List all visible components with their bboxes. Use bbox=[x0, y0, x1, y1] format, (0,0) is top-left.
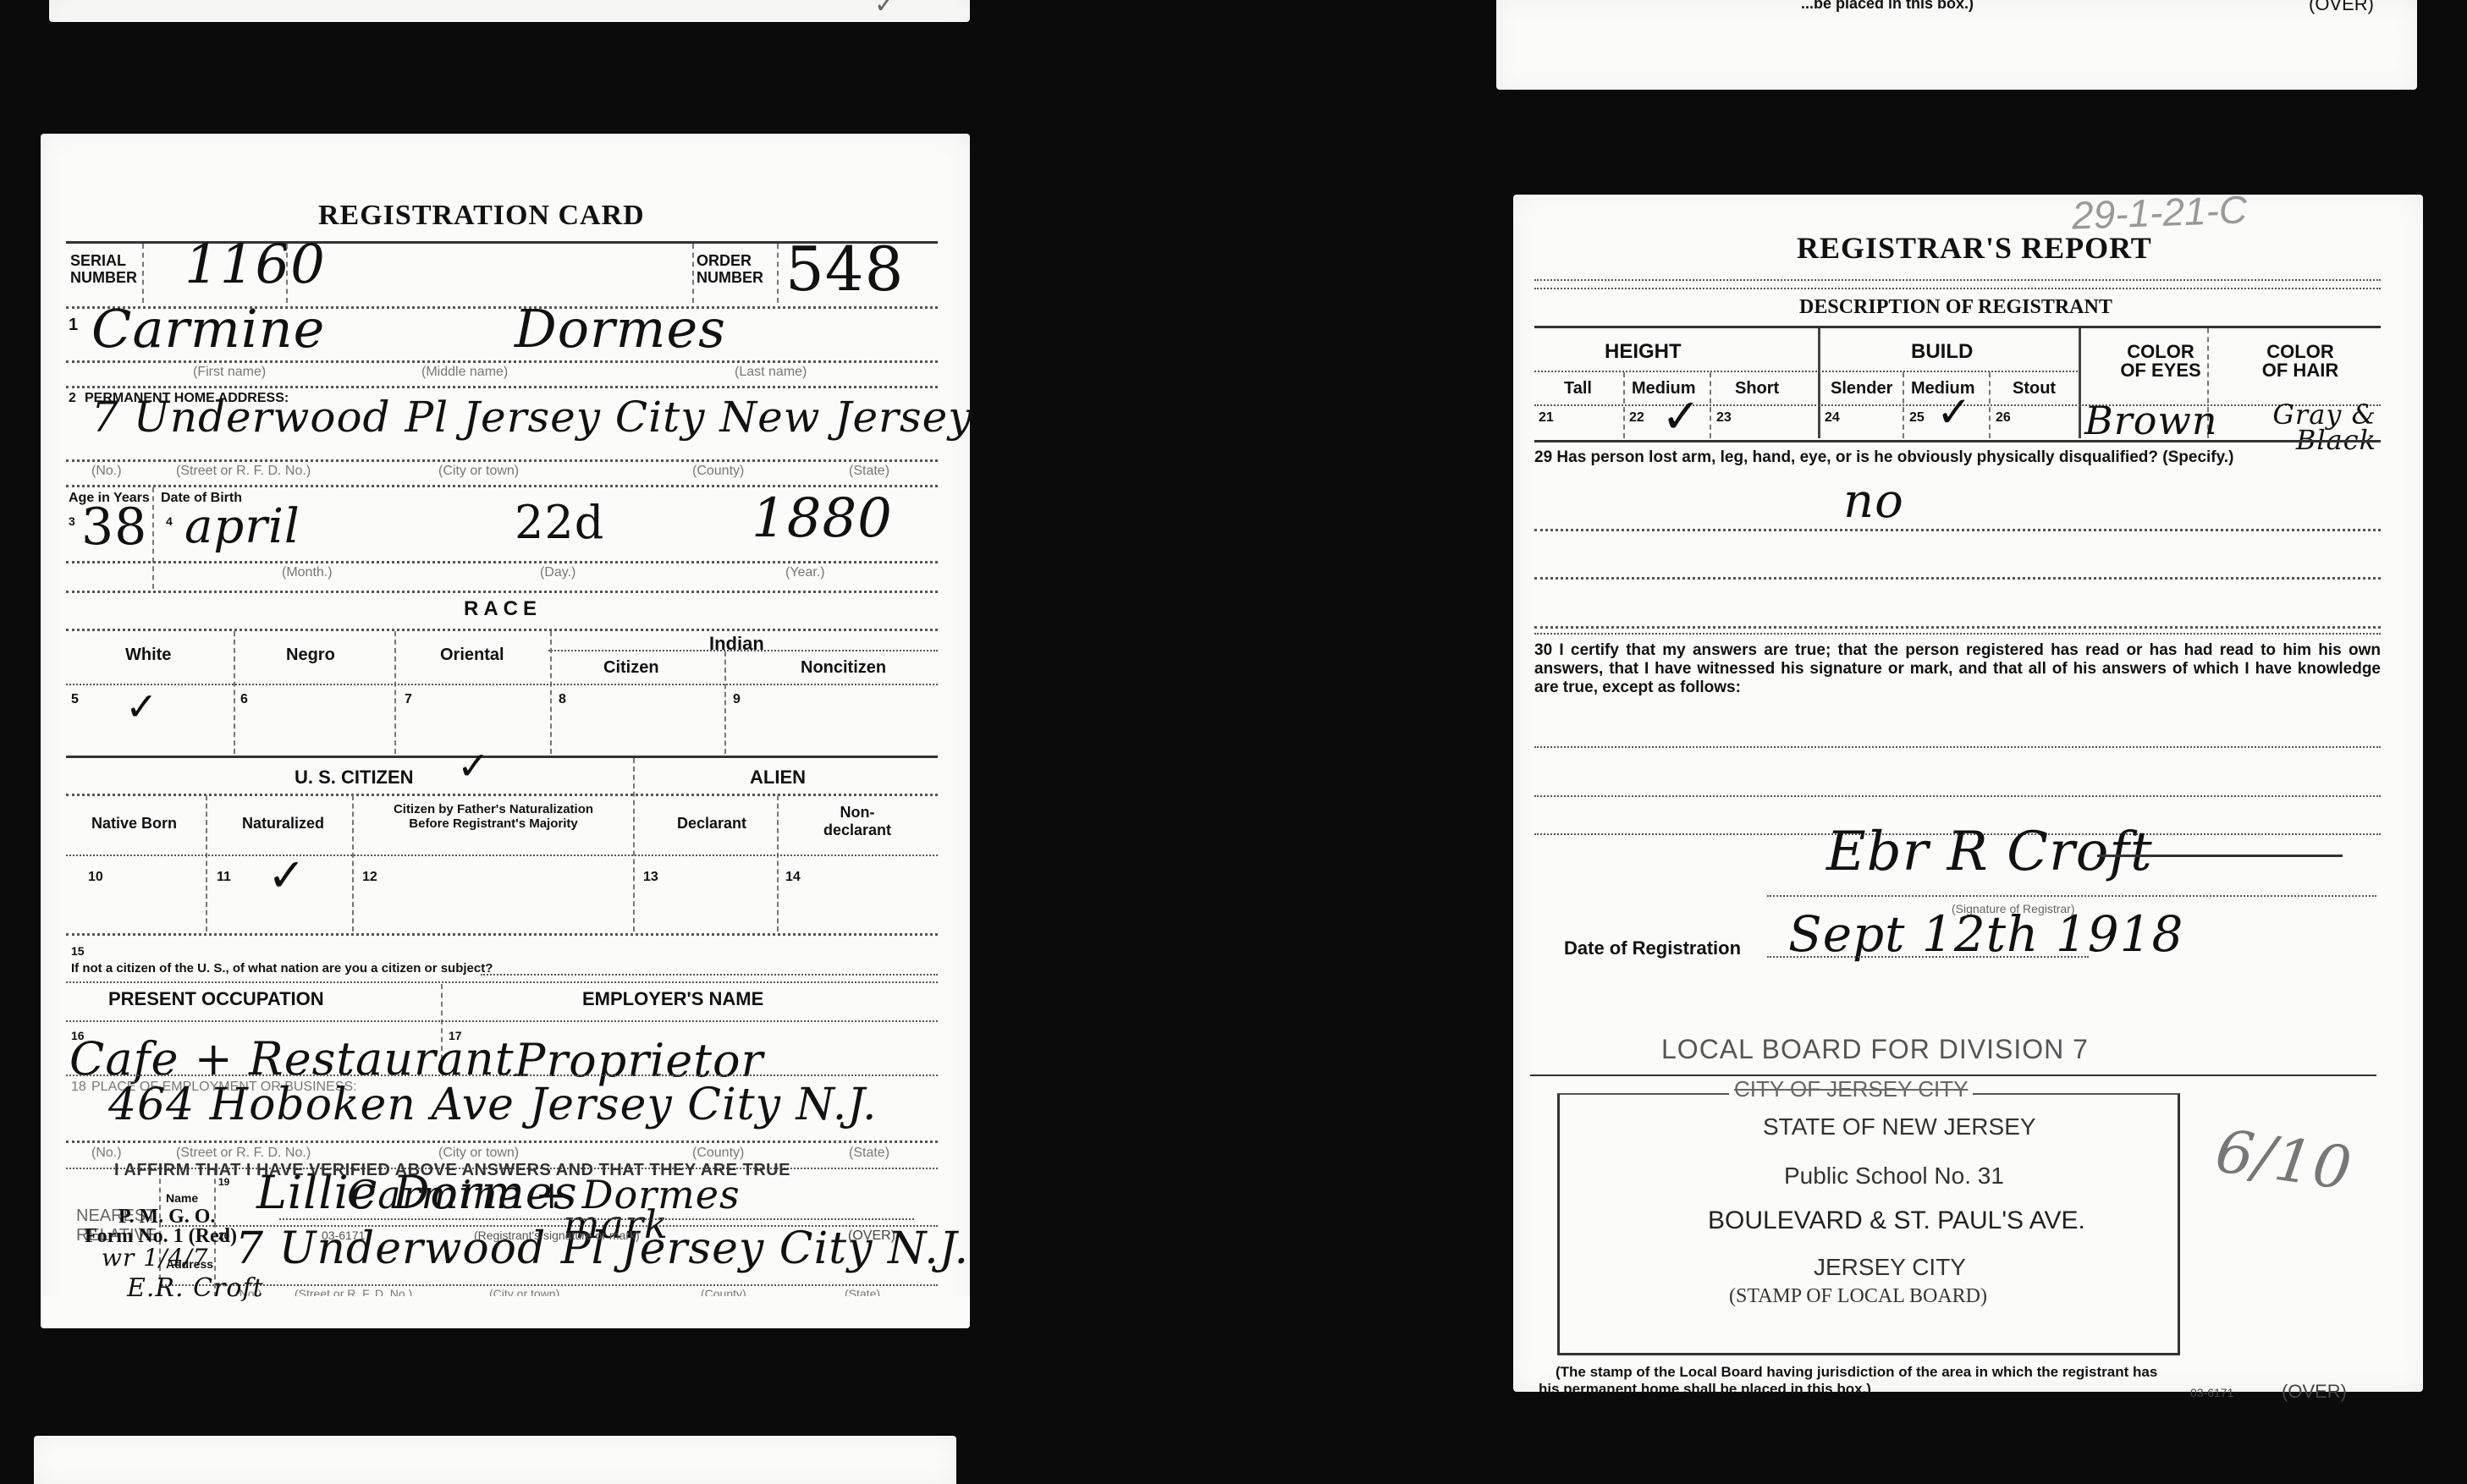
nation-question: If not a citizen of the U. S., of what n… bbox=[71, 961, 493, 976]
date-of-registration-label: Date of Registration bbox=[1564, 937, 1741, 959]
registrars-report-card: 29-1-21-C REGISTRAR'S REPORT DESCRIPTION… bbox=[1513, 195, 2423, 1392]
stamp-line-city: CITY OF JERSEY CITY bbox=[1729, 1076, 1973, 1102]
indian-label: Indian bbox=[709, 633, 764, 655]
height-tall-label: Tall bbox=[1564, 379, 1592, 398]
hair-color-label: COLOR OF HAIR bbox=[2258, 343, 2343, 380]
q30-no: 30 bbox=[1534, 641, 1552, 659]
partial-card-top-left: ✓ bbox=[49, 0, 970, 22]
margin-note-2: E.R. Croft bbox=[127, 1273, 264, 1303]
check-mark: ✓ bbox=[874, 0, 895, 19]
partial-over-label: (OVER) bbox=[2309, 0, 2374, 15]
build-medium-checkbox[interactable]: ✓ bbox=[1936, 387, 1972, 437]
home-address-value: 7 Underwood Pl Jersey City New Jersey bbox=[91, 393, 972, 442]
local-board-label: LOCAL BOARD FOR DIVISION 7 bbox=[1661, 1034, 2089, 1065]
registration-card: REGISTRATION CARD SERIAL NUMBER 1160 ORD… bbox=[41, 134, 970, 1328]
order-number-value: 548 bbox=[785, 234, 904, 305]
card-title: REGISTRATION CARD bbox=[318, 200, 645, 232]
partial-footer-text: ...be placed in this box.) bbox=[1801, 0, 1974, 13]
side-note: 6/10 bbox=[2211, 1116, 2356, 1204]
local-board-stamp-box: CITY OF JERSEY CITY STATE OF NEW JERSEY … bbox=[1557, 1093, 2180, 1355]
partial-card-top-right: ...be placed in this box.) (OVER) bbox=[1496, 0, 2417, 90]
stamp-footnote: (The stamp of the Local Board having jur… bbox=[1539, 1364, 2165, 1398]
stamp-line-jersey-city: JERSEY CITY bbox=[1814, 1254, 1966, 1281]
race-indian-noncitizen-label: Noncitizen bbox=[801, 658, 886, 678]
declarant-label: Declarant bbox=[677, 815, 746, 833]
stamp-line-school: Public School No. 31 bbox=[1784, 1162, 2004, 1190]
report-form-code: 03-6171 bbox=[2190, 1386, 2233, 1399]
description-title: DESCRIPTION OF REGISTRANT bbox=[1799, 296, 2112, 319]
form-code: 03-6171 bbox=[322, 1228, 365, 1242]
q29-no: 29 bbox=[1534, 448, 1552, 466]
build-stout-label: Stout bbox=[2013, 379, 2056, 398]
field-no-2: 2 bbox=[69, 391, 76, 406]
dob-year-value: 1880 bbox=[752, 487, 893, 550]
stamp-line-state: STATE OF NEW JERSEY bbox=[1763, 1113, 2036, 1140]
dob-month-value: april bbox=[184, 499, 300, 554]
race-negro-label: Negro bbox=[286, 646, 335, 665]
q29-question: Has person lost arm, leg, hand, eye, or … bbox=[1556, 448, 2233, 466]
stamp-caption: (STAMP OF LOCAL BOARD) bbox=[1729, 1285, 1987, 1308]
native-born-label: Native Born bbox=[91, 815, 177, 833]
eye-color-label: COLOR OF EYES bbox=[2118, 343, 2203, 380]
field-no-1: 1 bbox=[69, 316, 78, 335]
race-white-checkbox[interactable]: ✓ bbox=[125, 684, 158, 729]
dob-day-sublabel: (Day.) bbox=[540, 565, 575, 580]
last-name-sublabel: (Last name) bbox=[735, 365, 807, 380]
race-title: RACE bbox=[464, 597, 542, 621]
us-citizen-check: ✓ bbox=[457, 743, 490, 789]
height-short-label: Short bbox=[1735, 379, 1779, 398]
race-white-label: White bbox=[125, 646, 171, 665]
eye-color-value: Brown bbox=[2084, 398, 2218, 443]
build-slender-label: Slender bbox=[1831, 379, 1892, 398]
field-no-3: 3 bbox=[69, 514, 75, 528]
relative-name-label: Name bbox=[166, 1191, 198, 1205]
height-label: HEIGHT bbox=[1605, 340, 1682, 364]
age-value: 38 bbox=[81, 497, 147, 557]
partial-card-bottom-left bbox=[34, 1436, 956, 1484]
order-number-label: ORDER NUMBER bbox=[697, 252, 764, 286]
dob-month-sublabel: (Month.) bbox=[282, 565, 333, 580]
non-declarant-label: Non-declarant bbox=[807, 804, 908, 839]
race-indian-citizen-label: Citizen bbox=[603, 658, 659, 678]
alien-label: ALIEN bbox=[750, 767, 806, 789]
hair-color-value: Gray & Black bbox=[2216, 402, 2376, 453]
over-label: (OVER) bbox=[848, 1228, 895, 1244]
dob-day-value: 22d bbox=[515, 496, 604, 549]
date-of-registration-value: Sept 12th 1918 bbox=[1788, 905, 2183, 963]
report-title: REGISTRAR'S REPORT bbox=[1797, 230, 2152, 266]
field-no-17: 17 bbox=[449, 1029, 462, 1042]
q29-answer: no bbox=[1843, 474, 1904, 529]
naturalized-checkbox[interactable]: ✓ bbox=[267, 849, 306, 902]
q30-statement: I certify that my answers are true; that… bbox=[1534, 641, 2381, 696]
occupation-label: PRESENT OCCUPATION bbox=[108, 988, 324, 1010]
serial-number-value: 1160 bbox=[184, 234, 326, 296]
signature-label: (Registrant's signature or mark) bbox=[474, 1228, 640, 1242]
occupation-value: Cafe + Restaurant bbox=[69, 1032, 515, 1086]
field-no-18: 18 bbox=[71, 1080, 86, 1095]
place-of-employment-value: 464 Hoboken Ave Jersey City N.J. bbox=[108, 1080, 878, 1130]
first-name-value: Carmine bbox=[91, 298, 325, 360]
report-over-label: (OVER) bbox=[2282, 1381, 2347, 1403]
last-name-value: Dormes bbox=[515, 298, 726, 360]
stamp-line-street: BOULEVARD & ST. PAUL'S AVE. bbox=[1708, 1206, 2085, 1235]
first-name-sublabel: (First name) bbox=[193, 365, 266, 380]
q29-text: 29 Has person lost arm, leg, hand, eye, … bbox=[1534, 448, 2381, 467]
field-no-4: 4 bbox=[166, 514, 173, 528]
build-label: BUILD bbox=[1911, 340, 1973, 364]
field-no-15: 15 bbox=[71, 944, 85, 958]
q30-text: 30 I certify that my answers are true; t… bbox=[1534, 641, 2381, 697]
middle-name-sublabel: (Middle name) bbox=[421, 365, 508, 380]
margin-note-1: wr 1/4/7 bbox=[102, 1244, 209, 1272]
employer-label: EMPLOYER'S NAME bbox=[582, 988, 763, 1010]
height-medium-checkbox[interactable]: ✓ bbox=[1661, 389, 1701, 444]
race-oriental-label: Oriental bbox=[440, 646, 504, 665]
dob-year-sublabel: (Year.) bbox=[785, 565, 825, 580]
naturalized-label: Naturalized bbox=[242, 815, 324, 833]
us-citizen-label: U. S. CITIZEN bbox=[295, 767, 414, 789]
fathers-naturalization-label: Citizen by Father's Naturalization Befor… bbox=[375, 802, 612, 831]
registrar-signature: Ebr R Croft bbox=[1826, 821, 2153, 883]
registrant-signature: Carmine + Dormes bbox=[347, 1172, 741, 1217]
serial-number-label: SERIAL NUMBER bbox=[70, 252, 138, 286]
